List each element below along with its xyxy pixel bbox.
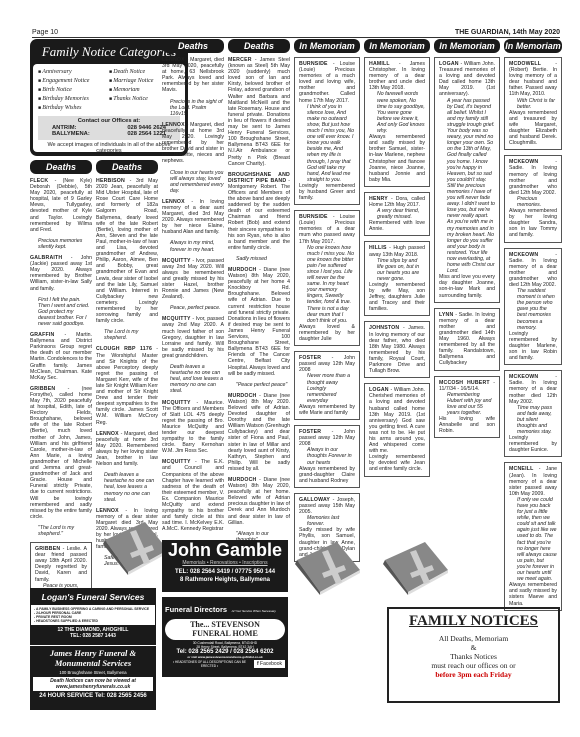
- notice-verse: Close in our hearts you will always stay…: [162, 170, 224, 194]
- section-header-memoriam: In Memoriam: [434, 39, 500, 53]
- family-notices-box: FAMILY NOTICES All Deaths, Memoriam & Th…: [387, 607, 560, 703]
- notice-box: HILLIS - Hugh passed away 13th May 2018.…: [364, 241, 430, 316]
- logans-funeral-ad: Logan's Funeral Services - A FAMILY BUSI…: [30, 588, 156, 645]
- category-item: Anniversary: [38, 68, 109, 77]
- notice-box: BURNSIDE - Louise (Louie) Precious memor…: [294, 57, 360, 205]
- notice-line: &: [389, 643, 558, 652]
- deadline-text: before 3pm each Friday: [389, 670, 558, 679]
- ballymena-label: BALLYMENA:: [52, 131, 90, 138]
- notice-verse: The Lord is my shepherd.: [96, 329, 158, 341]
- category-item: Birthday Memories: [38, 95, 109, 104]
- notice: MCQUITTY - Ivor, passed away 2nd May 202…: [162, 316, 224, 359]
- notice-box: MCKEOWN - Sadie. In loving memory of a d…: [504, 248, 562, 366]
- notice: LENNOX - Margaret, died peacefully at ho…: [96, 431, 158, 468]
- notice-box: LYNN - Sadie. In loving memory of a dear…: [434, 308, 500, 371]
- notice: GALBRAITH - John (Jackie) passed away 1s…: [30, 255, 92, 292]
- notice-box: MCDOWELL - (Robert) Bertie. In loving me…: [504, 57, 562, 150]
- contact-block: Contact our Offices at: ANTRIM:028 9446 …: [38, 116, 180, 140]
- notice: MURDOCH - Diane (nee Watson) 8th May 202…: [228, 393, 290, 472]
- category-list: Anniversary Death Notice Engagement Noti…: [38, 68, 180, 113]
- notice-box: BURNSIDE - Louise (Louie) Precious memor…: [294, 210, 360, 346]
- notice: MCQUITTY - Maurice. The Officers and Mem…: [162, 400, 224, 455]
- deaths-column-4: Deaths MERCER - James Steel (known as St…: [228, 39, 290, 548]
- category-item: Birthday Wishes: [38, 104, 109, 113]
- notice: MURDOCH - Diane (nee Watson) 8th May 202…: [228, 477, 290, 526]
- facebook-icon: f: [257, 661, 259, 667]
- notice-verse: Precious memories silently kept.: [30, 238, 92, 250]
- category-item: Engagement Notice: [38, 77, 109, 86]
- notice: HERBISON - 3rd May 2020 Jean, peacefully…: [96, 178, 158, 324]
- notice: LENNOX - In loving memory of a dear aunt…: [162, 199, 224, 236]
- accept-images-note: We accept images of individuals in all o…: [38, 142, 180, 155]
- section-header-memoriam: In Memoriam: [504, 39, 562, 53]
- section-header-deaths: Deaths: [228, 39, 290, 53]
- bible-icon: [380, 540, 450, 595]
- memoriam-column-8: In Memoriam MCDOWELL - (Robert) Bertie. …: [504, 39, 562, 616]
- notice: MURDOCH - Diane (nee Watson) 8th May 202…: [228, 267, 290, 377]
- notice-line: must reach our offices on or: [389, 661, 558, 670]
- notice-box: LOGAN - William John. Cherished memories…: [364, 383, 430, 476]
- notice-verse: "The Lord is my shepherd.": [30, 525, 92, 537]
- section-header-deaths: Deaths: [30, 160, 92, 174]
- section-header-deaths: Deaths: [96, 160, 158, 174]
- notice-line: All Deaths, Memoriam: [389, 634, 558, 643]
- notice-verse: Sadly missed: [228, 256, 290, 262]
- notice-verse: Precious in the sight of the Lord. Psalm…: [162, 99, 224, 117]
- family-notices-title: FAMILY NOTICES: [389, 613, 558, 630]
- notice-verse: Always in my mind, forever in my heart.: [162, 240, 224, 252]
- facebook-link[interactable]: f Facebook: [254, 660, 285, 668]
- notice-box: MCKEOWN - Sadie. In loving memory of a d…: [504, 370, 562, 457]
- notice-box: FOSTER - John passed away 12th May 2008A…: [294, 425, 360, 488]
- publication-date: THE GUARDIAN, 14th May 2020: [455, 29, 560, 36]
- notice: MCQUITTY - Ivor, passed away 2nd May 202…: [162, 258, 224, 301]
- deaths-column-3: Deaths LENNOX - Margaret, died 3rd May 2…: [162, 39, 224, 537]
- memoriam-column-5: In Memoriam BURNSIDE - Louise (Louie) Pr…: [294, 39, 360, 567]
- website-link[interactable]: Death Notices can now be viewed at www.j…: [33, 677, 153, 691]
- notice-box: FOSTER - John passed away 12th May 2008N…: [294, 351, 360, 420]
- notice: GRAFFIN - Martin. Ballymena and District…: [30, 332, 92, 381]
- notice: BROUGHSHANE AND DISTRICT PIPE BAND - Mon…: [228, 172, 290, 251]
- james-henry-ad: James Henry Funeral & Monumental Service…: [30, 646, 156, 710]
- notice: GRIBBEN - (nee Forsythe), called home Ma…: [30, 386, 92, 520]
- page-header: Page 10 THE GUARDIAN, 14th May 2020: [32, 26, 560, 38]
- notice-verse: First I felt the pain. Then I went and c…: [30, 297, 92, 327]
- notice-box: MCNEILL - Jane (Jean). In loving memory …: [504, 462, 562, 610]
- memoriam-column-7: In Memoriam LOGAN - William John. Treasu…: [434, 39, 500, 443]
- notice-box: MCKEOWN - Sadie. In loving memory of lov…: [504, 155, 562, 242]
- ad-title: James Henry Funeral & Monumental Service…: [30, 646, 156, 668]
- notice-box: LOGAN - William John. Treasured memories…: [434, 57, 500, 303]
- notice: LENNOX - Margaret, died peacefully at ho…: [162, 122, 224, 165]
- notice: FLECK - (Nee Kyle) Deborah (Debbie), 5th…: [30, 178, 92, 233]
- deaths-column-2: Deaths HERBISON - 3rd May 2020 Jean, pea…: [96, 160, 158, 573]
- john-gamble-ad: John Gamble Memorials • Renovations • In…: [162, 540, 288, 592]
- category-item: Birth Notice: [38, 86, 109, 95]
- notice-box: JOHNSTON - James. In loving memory of ou…: [364, 321, 430, 378]
- notice-verse: Peace, perfect peace.: [162, 305, 224, 311]
- notice: MERCER - James Steel (known as Steel) 5t…: [228, 57, 290, 167]
- notice-box: HAMILL - James Christopher. In loving me…: [364, 57, 430, 187]
- memoriam-column-6: In Memoriam HAMILL - James Christopher. …: [364, 39, 430, 482]
- section-header-memoriam: In Memoriam: [364, 39, 430, 53]
- notice-verse: Death leaves a heartache no one can heal…: [162, 364, 224, 394]
- page-number: Page 10: [32, 29, 58, 36]
- notice-verse: "Peace perfect peace": [228, 382, 290, 388]
- ballymena-phone: 028 2564 1221: [127, 131, 166, 138]
- notice-box: MCCOSH HUBERT - 11/7/34 - 16/5/14.Rememb…: [434, 376, 500, 439]
- ad-title: John Gamble: [162, 540, 288, 560]
- notice-box: HENRY - Dora, called Home 12th May 2017.…: [364, 192, 430, 237]
- notice: LENNOX - Margaret, died 3rd May 2020, pe…: [162, 57, 224, 94]
- section-header-deaths: Deaths: [162, 39, 224, 53]
- notice: MCQUITTY - The E.K. and Council and Comp…: [162, 459, 224, 532]
- notice: CLOUGH RBP 1176 - The Worshipful Master …: [96, 346, 158, 425]
- notice-verse: Death leaves a heartache no one can heal…: [96, 472, 158, 502]
- bible-icon: [100, 520, 170, 575]
- bible-icon: [292, 540, 362, 595]
- section-header-memoriam: In Memoriam: [294, 39, 360, 53]
- ad-title: Logan's Funeral Services: [31, 589, 155, 605]
- deaths-column-1: Deaths FLECK - (Nee Kyle) Deborah (Debbi…: [30, 160, 92, 604]
- notice-line: Thanks Notices: [389, 652, 558, 661]
- stevenson-funeral-ad: Funeral Directors At Your Service When N…: [162, 597, 288, 677]
